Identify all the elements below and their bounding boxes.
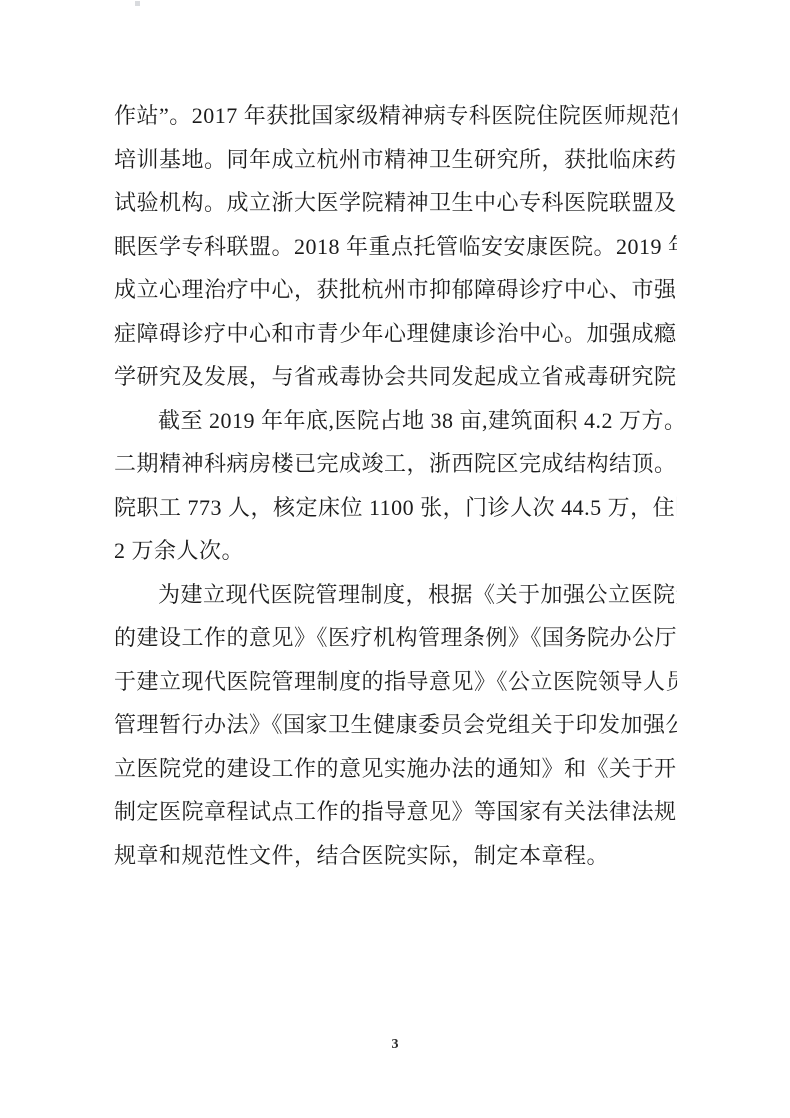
paragraph: 为建立现代医院管理制度，根据《关于加强公立医院党 的建设工作的意见》《医疗机构管… <box>114 573 677 878</box>
document-page: 作站”。2017 年获批国家级精神病专科医院住院医师规范化 培训基地。同年成立杭… <box>0 0 790 1118</box>
text-line: 二期精神科病房楼已完成竣工，浙西院区完成结构结顶。全 <box>114 442 677 486</box>
document-body-text: 作站”。2017 年获批国家级精神病专科医院住院医师规范化 培训基地。同年成立杭… <box>114 94 677 877</box>
text-line: 规章和规范性文件，结合医院实际，制定本章程。 <box>114 834 677 878</box>
text-line: 立医院党的建设工作的意见实施办法的通知》和《关于开展 <box>114 747 677 791</box>
text-line: 症障碍诊疗中心和市青少年心理健康诊治中心。加强成瘾医 <box>114 312 677 356</box>
text-line: 截至 2019 年年底,医院占地 38 亩,建筑面积 4.2 万方。 <box>114 399 677 443</box>
text-line: 院职工 773 人，核定床位 1100 张，门诊人次 44.5 万，住院 <box>114 486 677 530</box>
text-line: 为建立现代医院管理制度，根据《关于加强公立医院党 <box>114 573 677 617</box>
text-line: 成立心理治疗中心，获批杭州市抑郁障碍诊疗中心、市强迫 <box>114 268 677 312</box>
text-line: 培训基地。同年成立杭州市精神卫生研究所，获批临床药物 <box>114 138 677 182</box>
text-line: 作站”。2017 年获批国家级精神病专科医院住院医师规范化 <box>114 94 677 138</box>
text-line: 试验机构。成立浙大医学院精神卫生中心专科医院联盟及睡 <box>114 181 677 225</box>
scan-artifact-speck <box>135 1 140 6</box>
text-line: 眠医学专科联盟。2018 年重点托管临安安康医院。2019 年 <box>114 225 677 269</box>
text-line: 的建设工作的意见》《医疗机构管理条例》《国务院办公厅关 <box>114 616 677 660</box>
text-line: 制定医院章程试点工作的指导意见》等国家有关法律法规、 <box>114 790 677 834</box>
text-line: 于建立现代医院管理制度的指导意见》《公立医院领导人员 <box>114 660 677 704</box>
paragraph: 截至 2019 年年底,医院占地 38 亩,建筑面积 4.2 万方。 二期精神科… <box>114 399 677 573</box>
text-line: 2 万余人次。 <box>114 529 677 573</box>
text-line: 管理暂行办法》《国家卫生健康委员会党组关于印发加强公 <box>114 703 677 747</box>
page-number: 3 <box>0 1037 790 1053</box>
text-line: 学研究及发展，与省戒毒协会共同发起成立省戒毒研究院。 <box>114 355 677 399</box>
paragraph: 作站”。2017 年获批国家级精神病专科医院住院医师规范化 培训基地。同年成立杭… <box>114 94 677 399</box>
